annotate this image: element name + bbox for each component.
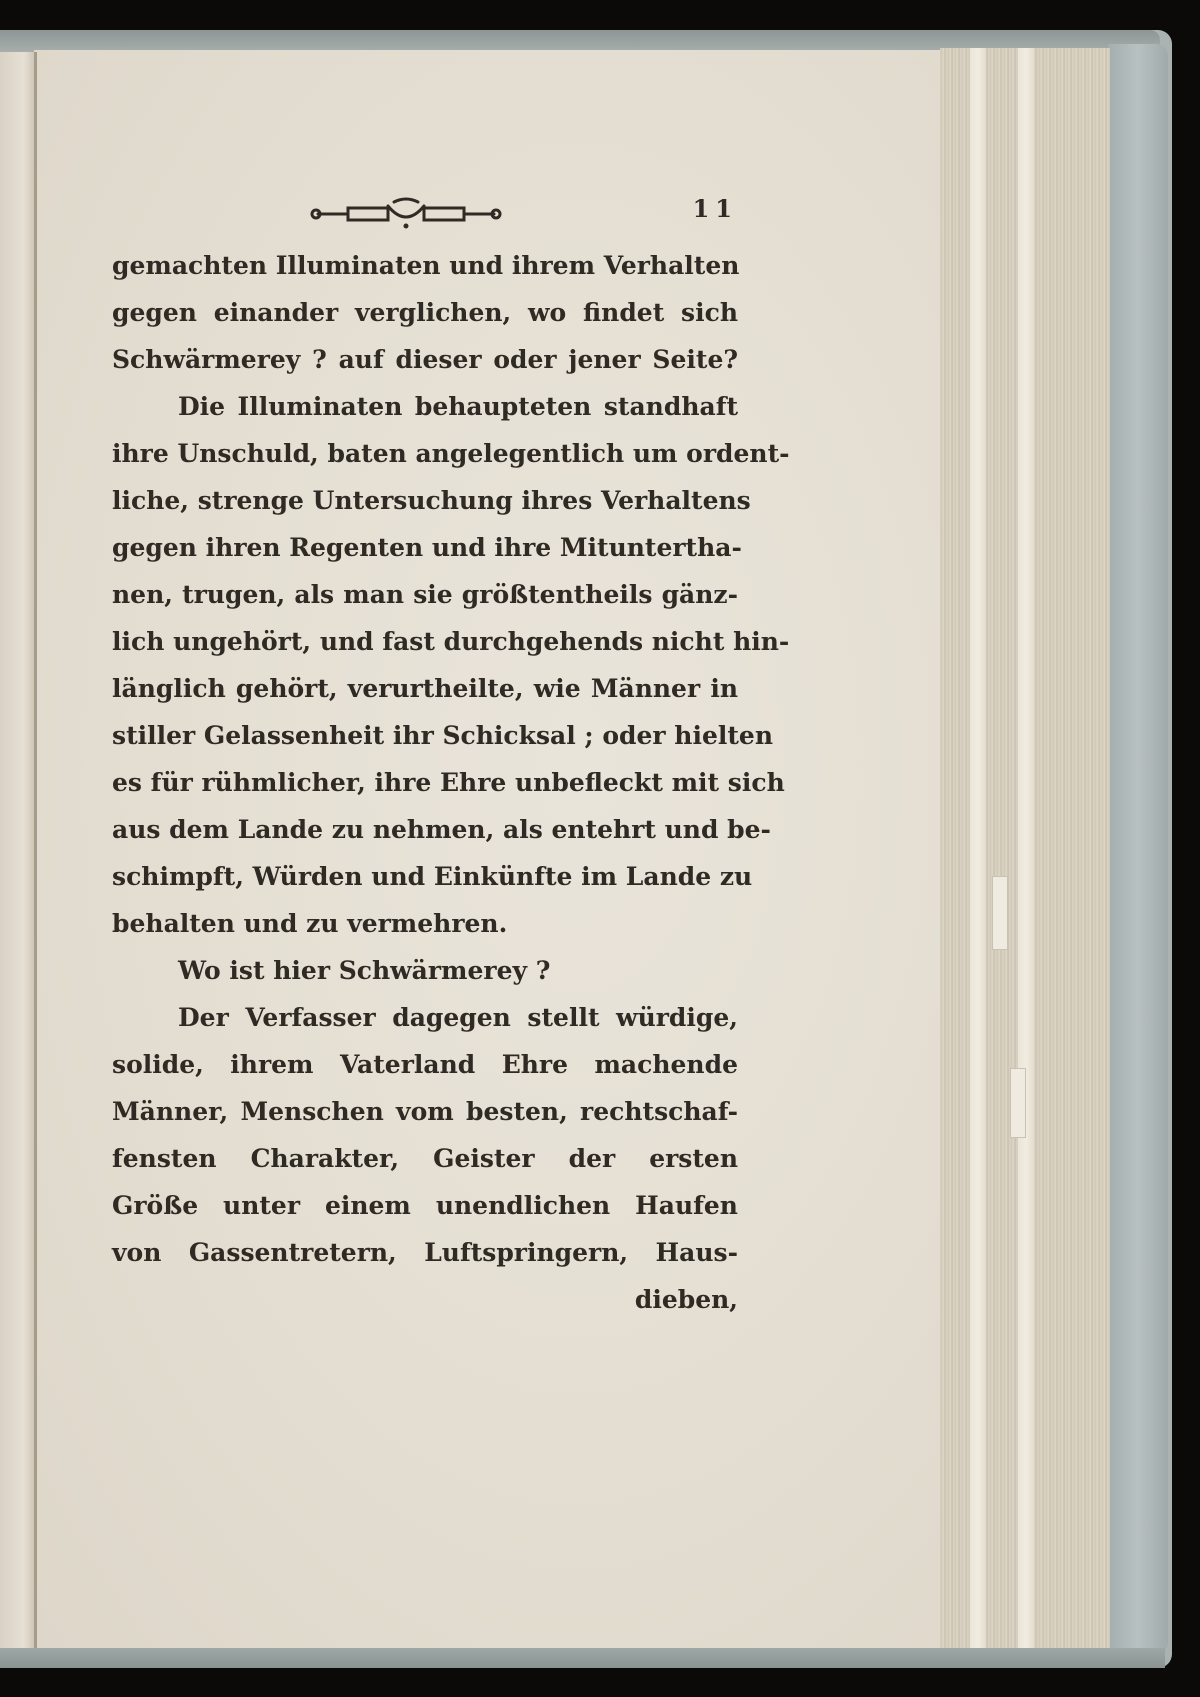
fore-edge-band [1018, 48, 1034, 1648]
paragraph: Der Verfasser dagegen stellt würdige, so… [112, 994, 738, 1276]
page-number: 11 [693, 194, 738, 223]
text-line: gegen ihren Regenten und ihre Mitunterth… [112, 524, 738, 571]
text-line: Der Verfasser dagegen stellt würdige, [112, 994, 738, 1041]
page-block-fore-edge [940, 48, 1110, 1648]
text-line: Die Illuminaten behaupteten standhaft [112, 383, 738, 430]
text-line: Größe unter einem unendlichen Haufen [112, 1182, 738, 1229]
text-line: Schwärmerey ? auf dieser oder jener Seit… [112, 336, 738, 383]
text-line: fensten Charakter, Geister der ersten [112, 1135, 738, 1182]
text-line: es für rühmlicher, ihre Ehre unbefleckt … [112, 759, 738, 806]
fore-edge-tab [992, 876, 1008, 950]
text-line: Männer, Menschen vom besten, rechtschaf- [112, 1088, 738, 1135]
text-line: von Gassentretern, Luftspringern, Haus- [112, 1229, 738, 1276]
text-line: behalten und zu vermehren. [112, 900, 738, 947]
text-line: solide, ihrem Vaterland Ehre machende [112, 1041, 738, 1088]
fore-edge-tab [1010, 1068, 1026, 1138]
text-line: liche, strenge Untersuchung ihres Verhal… [112, 477, 738, 524]
ornament-flourish-icon [308, 196, 504, 232]
text-line: gemachten Illuminaten und ihrem Verhalte… [112, 242, 738, 289]
paragraph: Die Illuminaten behaupteten standhaft ih… [112, 383, 738, 947]
text-line: lich ungehört, und fast durchgehends nic… [112, 618, 738, 665]
paragraph: gemachten Illuminaten und ihrem Verhalte… [112, 242, 738, 383]
text-line: stiller Gelassenheit ihr Schicksal ; ode… [112, 712, 738, 759]
text-line: gegen einander verglichen, wo findet sic… [112, 289, 738, 336]
text-line: länglich gehört, verurtheilte, wie Männe… [112, 665, 738, 712]
cover-right-edge [1108, 44, 1168, 1654]
running-head: 11 [112, 192, 738, 242]
text-line: aus dem Lande zu nehmen, als entehrt und… [112, 806, 738, 853]
text-line: schimpft, Würden und Einkünfte im Lande … [112, 853, 738, 900]
gutter [34, 52, 37, 1648]
paragraph: Wo ist hier Schwärmerey ? [112, 947, 738, 994]
left-leaf-edge [0, 52, 34, 1648]
catchword: dieben, [112, 1276, 738, 1323]
text-line: ihre Unschuld, baten angelegentlich um o… [112, 430, 738, 477]
fore-edge-band [970, 48, 986, 1648]
cover-bottom-edge [0, 1648, 1165, 1668]
text-line: Wo ist hier Schwärmerey ? [112, 947, 738, 994]
text-line: nen, trugen, als man sie größtentheils g… [112, 571, 738, 618]
page-text-block: 11 gemachten Illuminaten und ihrem Verha… [112, 192, 738, 1323]
